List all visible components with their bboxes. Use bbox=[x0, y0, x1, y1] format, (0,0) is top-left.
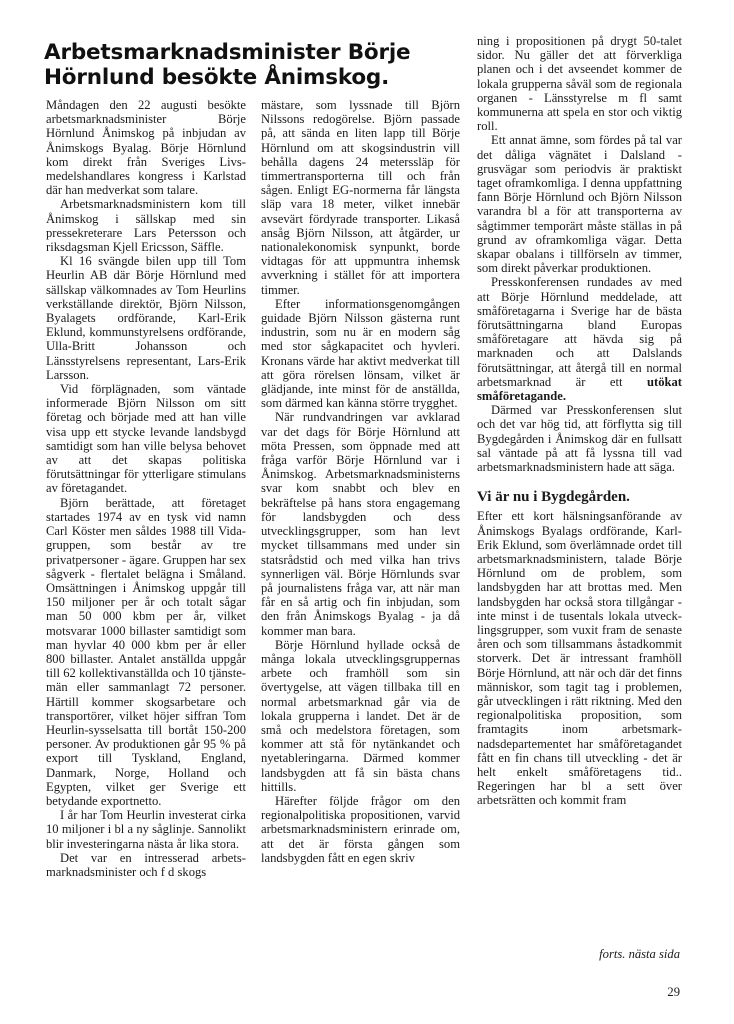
paragraph: mästare, som lyssnade till Björn Nilsson… bbox=[261, 98, 460, 297]
article-headline: Arbetsmarknadsminister Börje Hörnlund be… bbox=[44, 40, 464, 90]
paragraph: Kl 16 svängde bilen upp till Tom Heurlin… bbox=[46, 254, 246, 382]
paragraph: Börje Hörnlund hyllade också de många lo… bbox=[261, 638, 460, 794]
article-column-3: ning i propositionen på drygt 50-talet s… bbox=[477, 34, 682, 808]
paragraph: ning i propositionen på drygt 50-talet s… bbox=[477, 34, 682, 133]
magazine-page: Arbetsmarknadsminister Börje Hörnlund be… bbox=[0, 0, 734, 1024]
paragraph-text: Presskonferensen rundades av med att Bör… bbox=[477, 275, 682, 388]
paragraph: Härefter följde frågor om den regionalpo… bbox=[261, 794, 460, 865]
paragraph: När rundvandringen var avkla­rad var det… bbox=[261, 410, 460, 637]
paragraph: Vid förplägnaden, som väntade informerad… bbox=[46, 382, 246, 496]
paragraph: Efter ett kort hälsningsanförande av Åni… bbox=[477, 509, 682, 807]
section-subheading: Vi är nu i Bygdegården. bbox=[477, 488, 682, 506]
paragraph: I år har Tom Heurlin investerat cirka 10… bbox=[46, 808, 246, 851]
article-column-1: Måndagen den 22 augusti besök­te arbetsm… bbox=[46, 98, 246, 879]
paragraph: Ett annat ämne, som fördes på tal var de… bbox=[477, 133, 682, 275]
paragraph: Arbetsmarknadsministern kom till Ånimsko… bbox=[46, 197, 246, 254]
paragraph: Måndagen den 22 augusti besök­te arbetsm… bbox=[46, 98, 246, 197]
paragraph: Björn berättade, att företaget startades… bbox=[46, 496, 246, 808]
page-number: 29 bbox=[667, 985, 680, 1000]
continued-note: forts. nästa sida bbox=[599, 947, 680, 962]
paragraph: Presskonferensen rundades av med att Bör… bbox=[477, 275, 682, 403]
paragraph: Efter informationsgenomgång­en guidade B… bbox=[261, 297, 460, 411]
article-column-2: mästare, som lyssnade till Björn Nilsson… bbox=[261, 98, 460, 865]
paragraph: Det var en intresserad arbets­marknadsmi… bbox=[46, 851, 246, 879]
paragraph: Därmed var Presskonferensen slut och det… bbox=[477, 403, 682, 474]
